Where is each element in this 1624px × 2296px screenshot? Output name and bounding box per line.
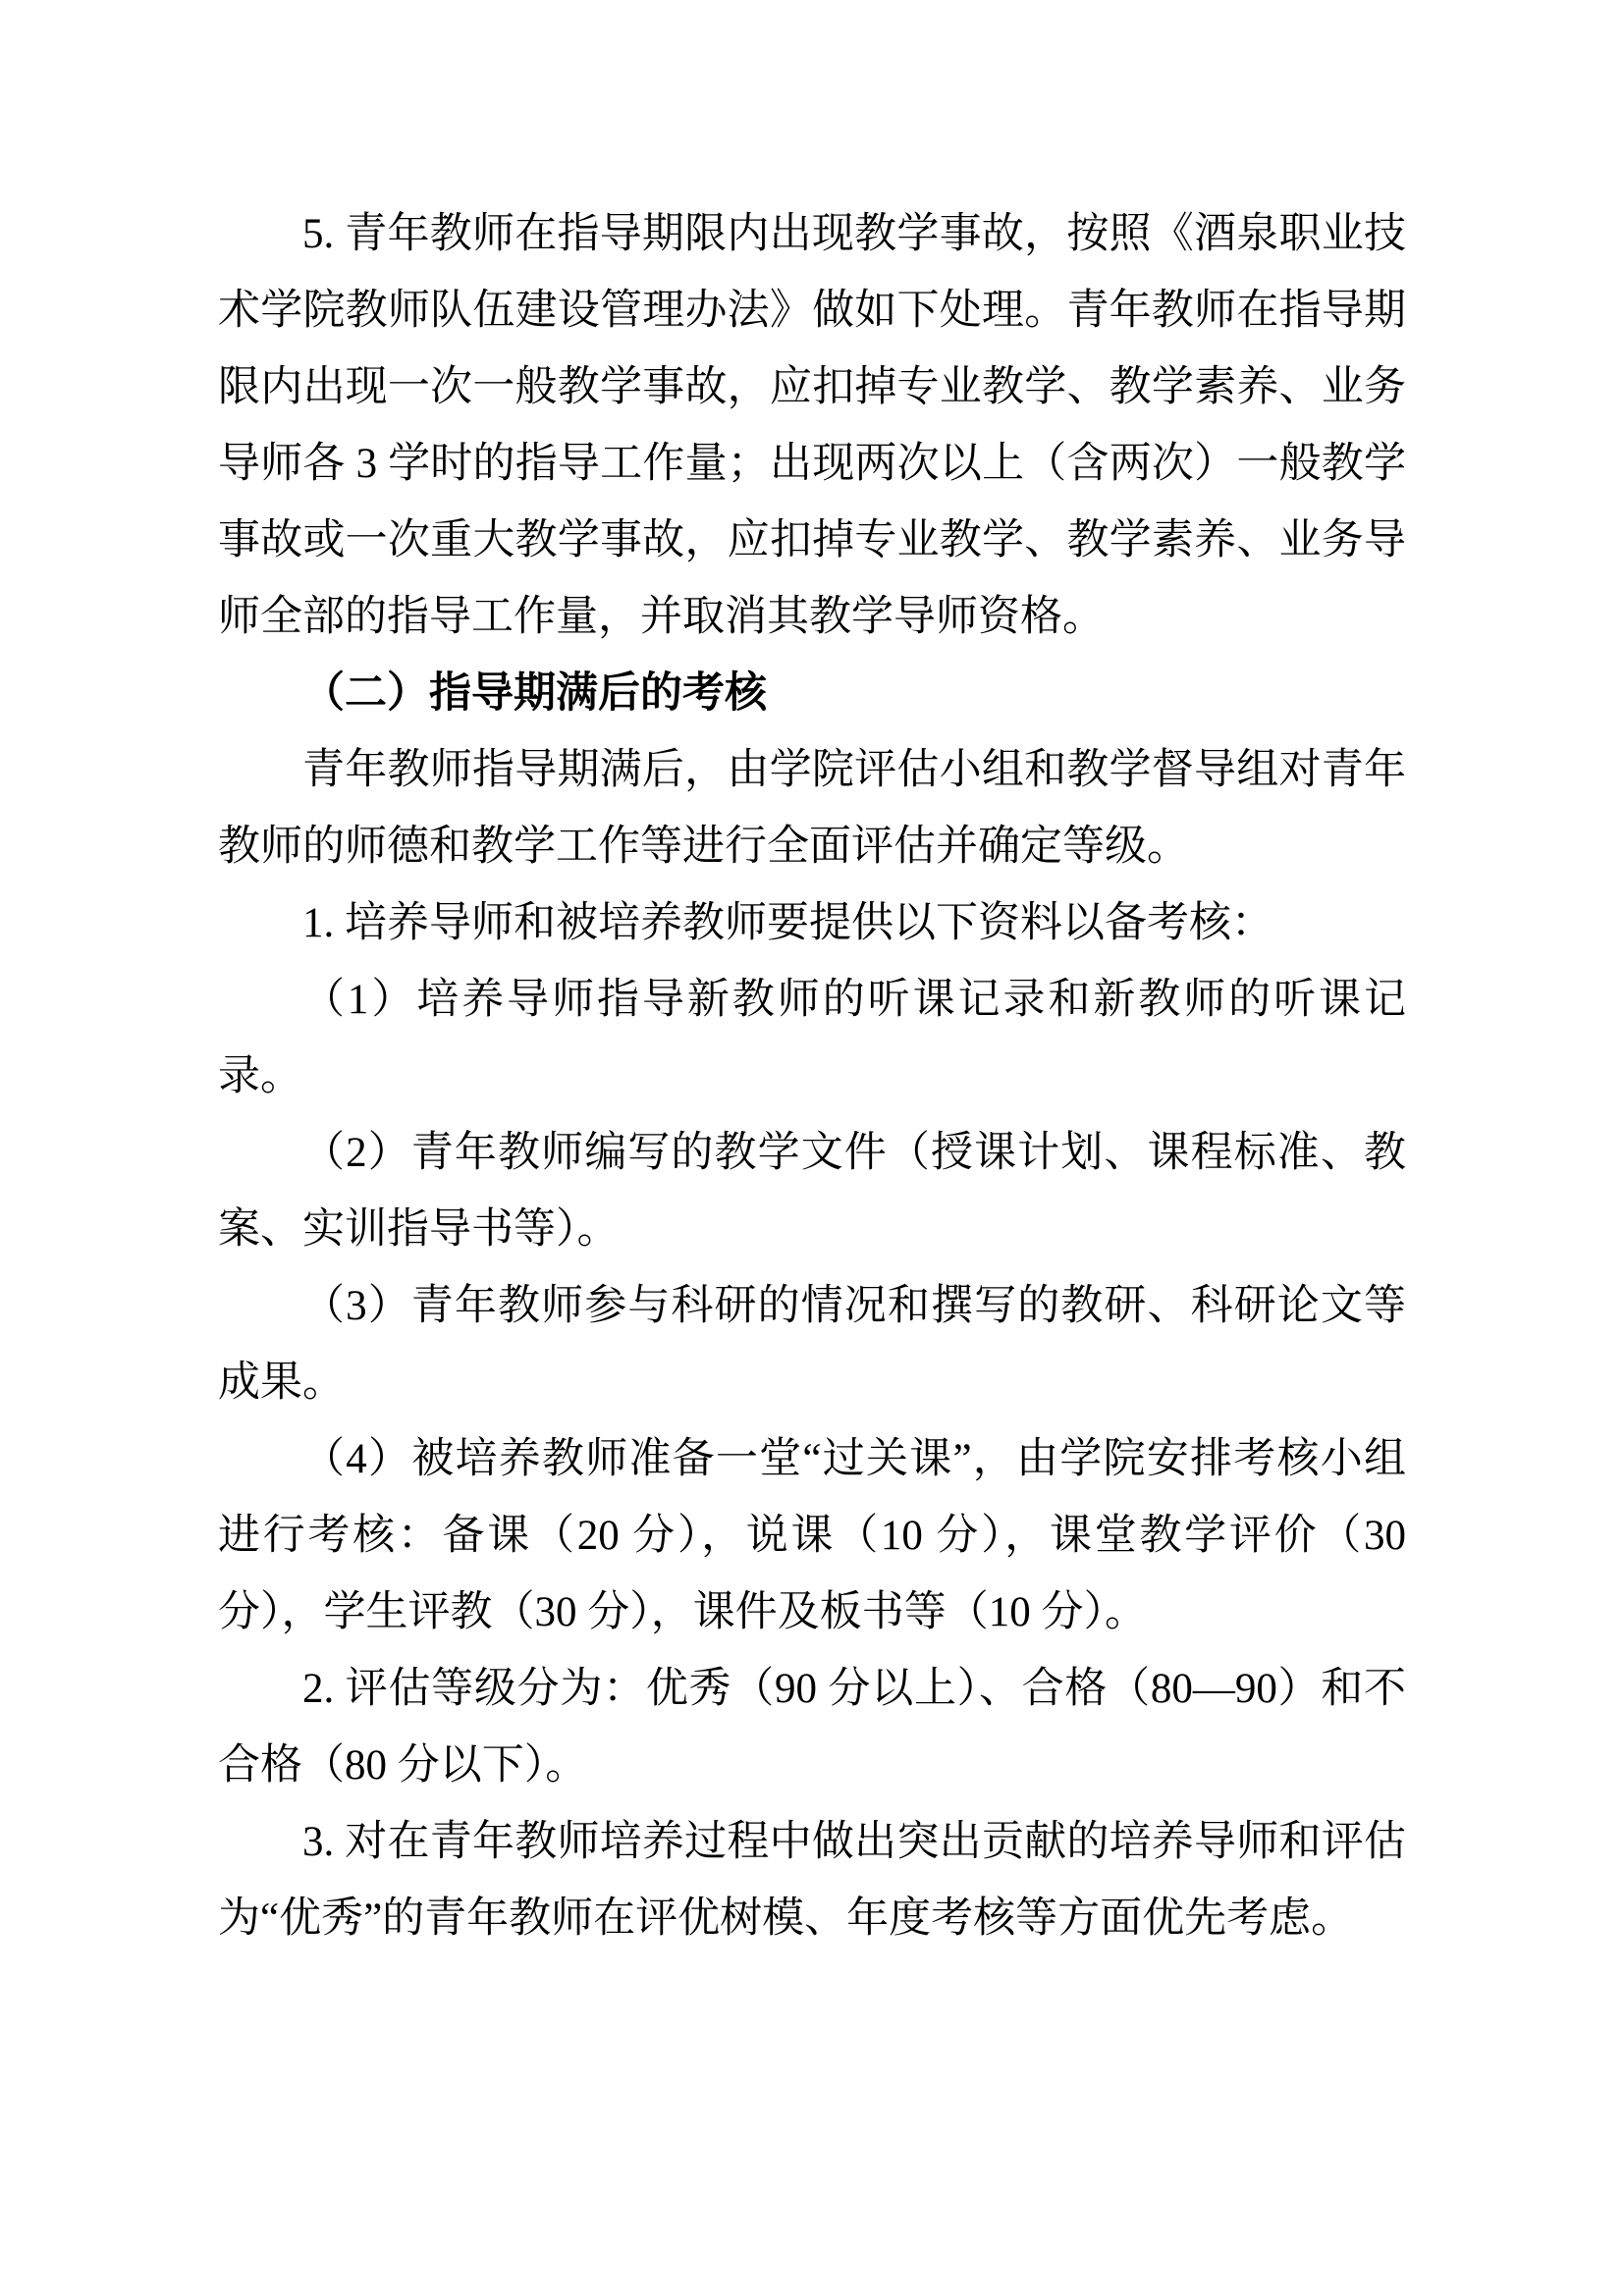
- document-page: 5. 青年教师在指导期限内出现教学事故，按照《酒泉职业技术学院教师队伍建设管理办…: [0, 0, 1624, 2296]
- paragraph-subitem-4-pass-lesson: （4）被培养教师准备一堂“过关课”，由学院安排考核小组进行考核：备课（20 分）…: [218, 1421, 1406, 1651]
- paragraph-item-1-materials: 1. 培养导师和被培养教师要提供以下资料以备考核：: [218, 885, 1406, 962]
- section-heading-assessment-after-guidance: （二）指导期满后的考核: [218, 656, 1406, 732]
- paragraph-item-3-priority: 3. 对在青年教师培养过程中做出突出贡献的培养导师和评估为“优秀”的青年教师在评…: [218, 1804, 1406, 1957]
- paragraph-subitem-2-teaching-documents: （2）青年教师编写的教学文件（授课计划、课程标准、教案、实训指导书等）。: [218, 1115, 1406, 1268]
- document-body: 5. 青年教师在指导期限内出现教学事故，按照《酒泉职业技术学院教师队伍建设管理办…: [218, 196, 1406, 1957]
- paragraph-assessment-overview: 青年教师指导期满后，由学院评估小组和教学督导组对青年教师的师德和教学工作等进行全…: [218, 732, 1406, 885]
- paragraph-item-5: 5. 青年教师在指导期限内出现教学事故，按照《酒泉职业技术学院教师队伍建设管理办…: [218, 196, 1406, 656]
- paragraph-subitem-1-listening-records: （1）培养导师指导新教师的听课记录和新教师的听课记录。: [218, 962, 1406, 1115]
- paragraph-subitem-3-research-results: （3）青年教师参与科研的情况和撰写的教研、科研论文等成果。: [218, 1268, 1406, 1421]
- paragraph-item-2-grading: 2. 评估等级分为：优秀（90 分以上）、合格（80—90）和不合格（80 分以…: [218, 1651, 1406, 1804]
